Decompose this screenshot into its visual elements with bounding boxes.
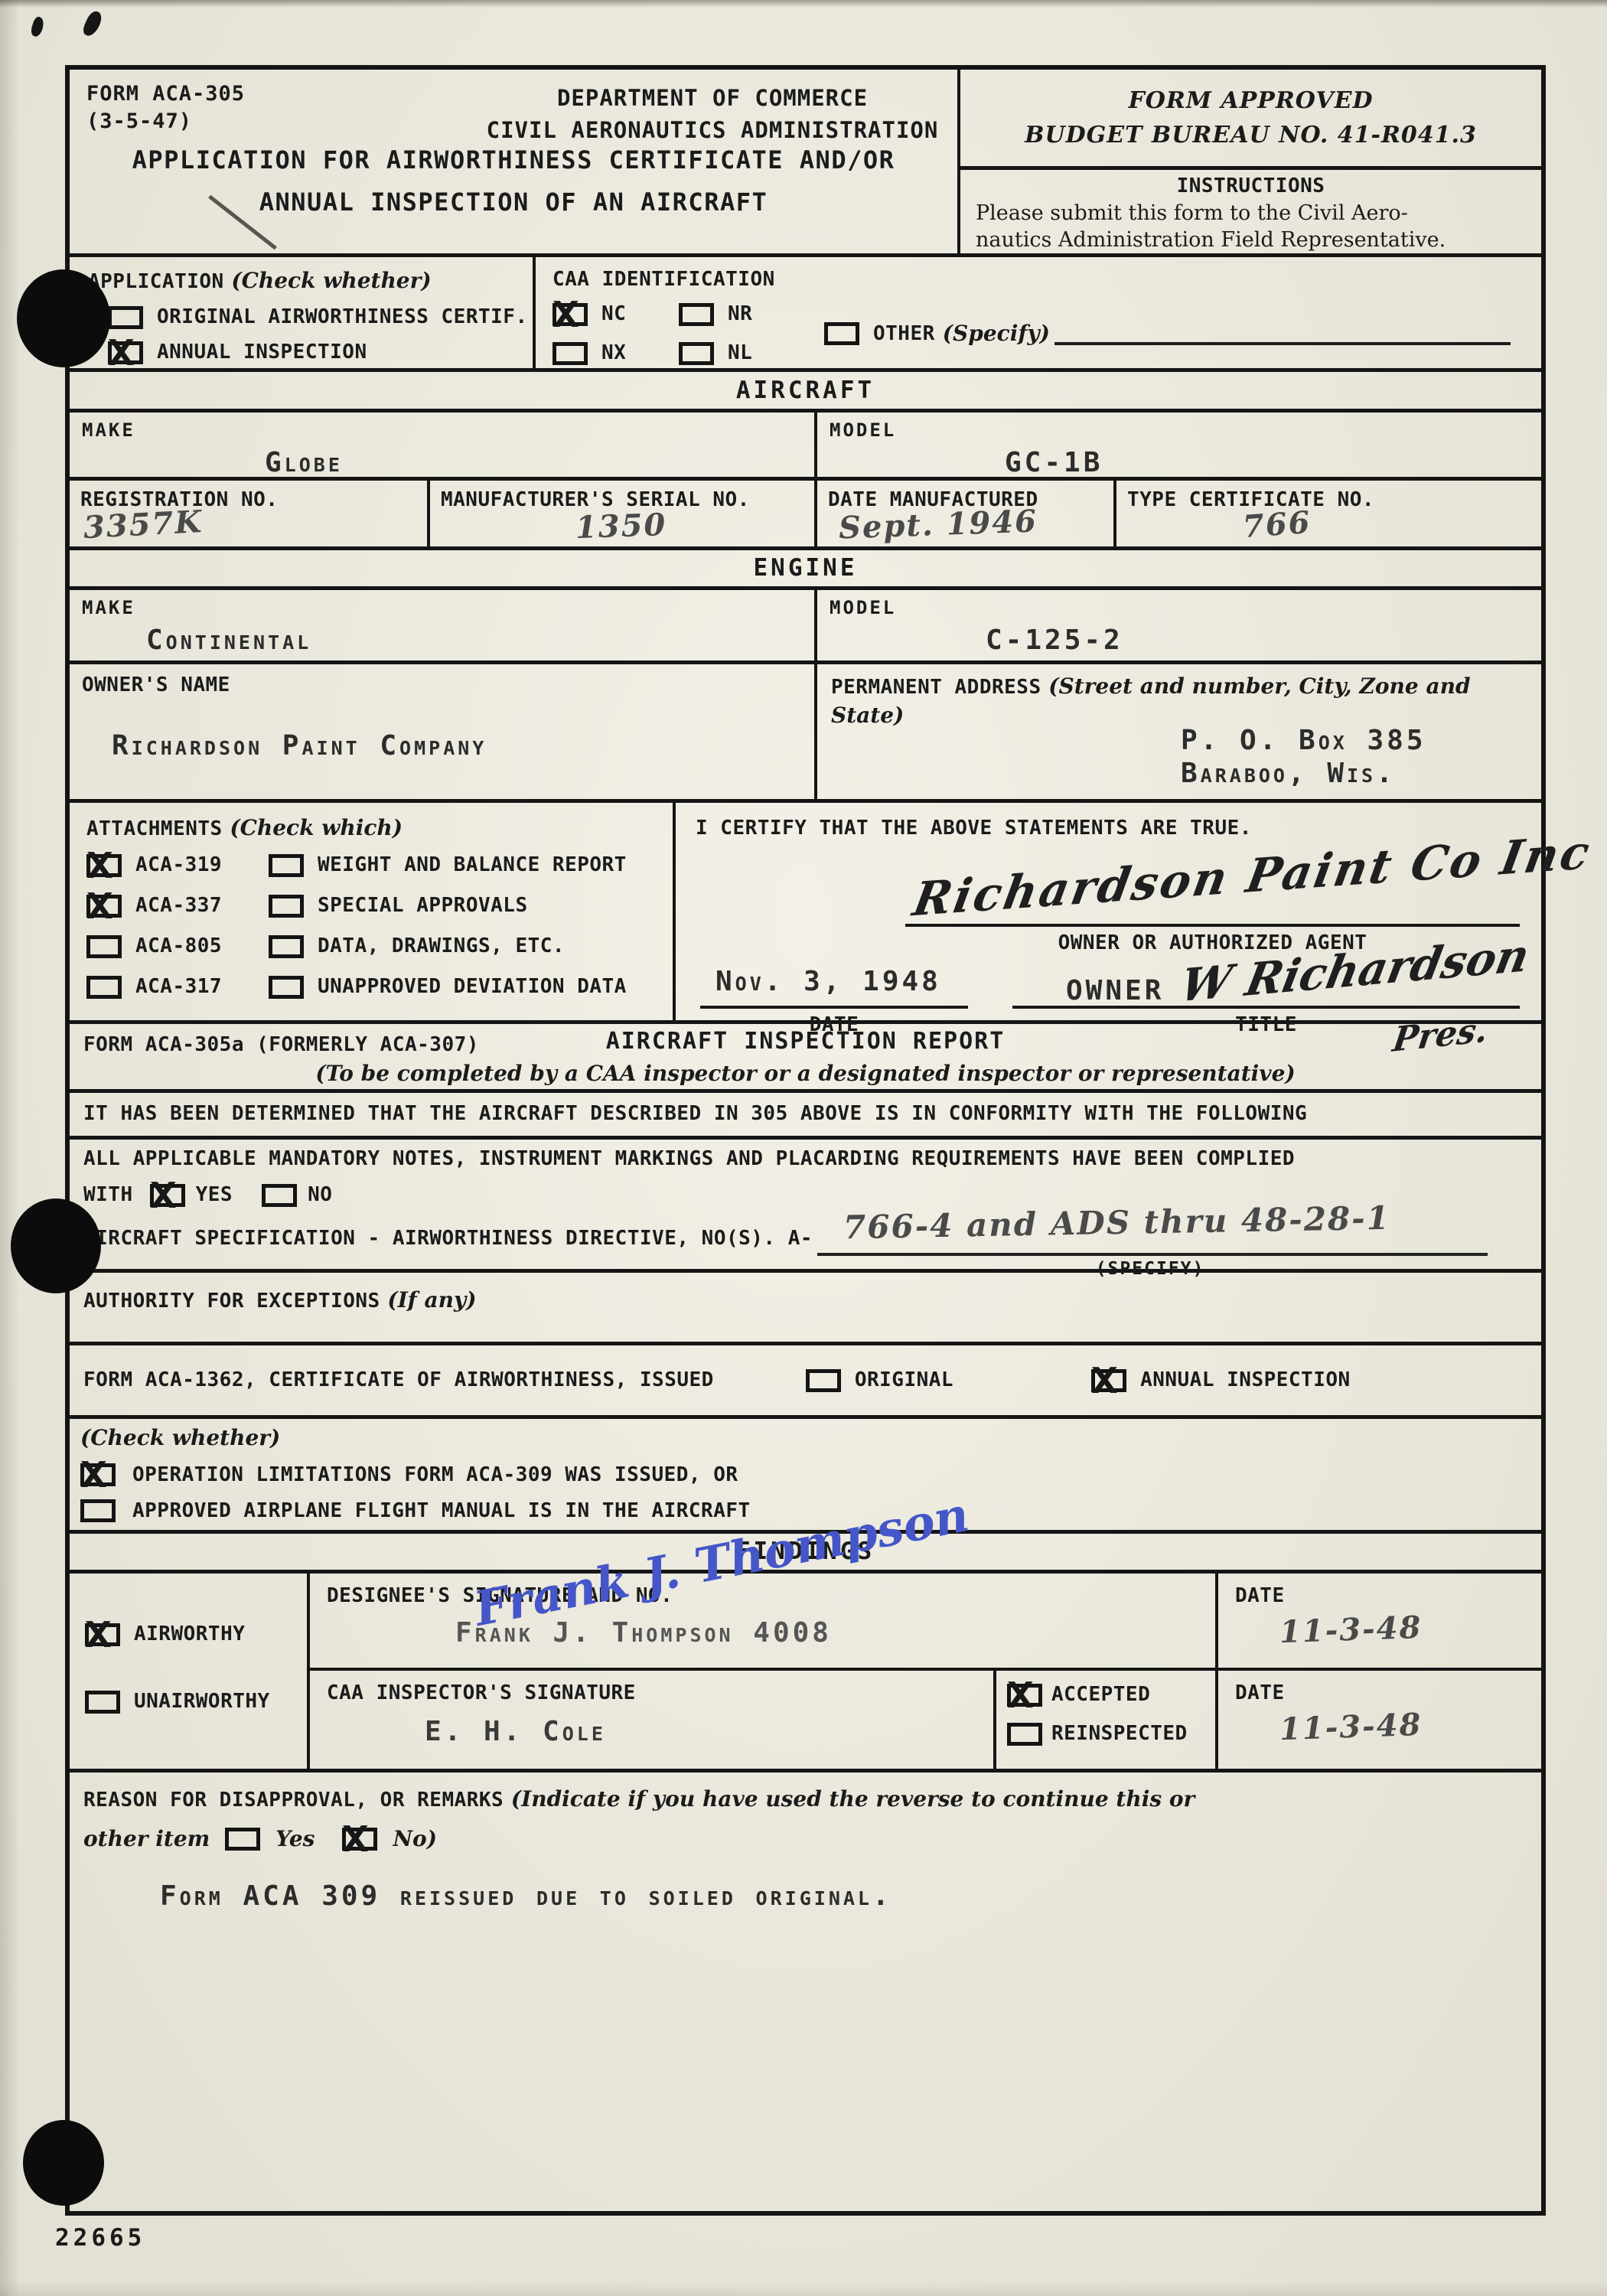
- nl-label: NL: [728, 340, 752, 367]
- authority-label: AUTHORITY FOR EXCEPTIONS: [83, 1290, 380, 1313]
- owner-address-cell: PERMANENT ADDRESS (Street and number, Ci…: [814, 664, 1541, 799]
- remark-value: Form ACA 309 reissued due to soiled orig…: [160, 1880, 892, 1913]
- inspector-row: CAA INSPECTOR'S SIGNATURE E. H. Cole ACC…: [310, 1671, 1541, 1769]
- aca-337-checkbox: [86, 895, 122, 918]
- inspector-signature-label: CAA INSPECTOR'S SIGNATURE: [327, 1680, 636, 1707]
- special-approvals-label: SPECIAL APPROVALS: [318, 892, 528, 919]
- authority-row: AUTHORITY FOR EXCEPTIONS (If any): [70, 1273, 1541, 1345]
- engine-model-cell: MODEL C-125-2: [814, 590, 1541, 660]
- hole-punch-middle: [11, 1199, 101, 1293]
- findings-table: AIRWORTHY UNAIRWORTHY DESIGNEE'S SIGNATU…: [70, 1574, 1541, 1773]
- address-label: PERMANENT ADDRESS: [831, 676, 1041, 699]
- designee-date-value: 11-3-48: [1279, 1611, 1423, 1649]
- with-label: WITH: [83, 1182, 133, 1208]
- airworthy-label: AIRWORTHY: [134, 1621, 245, 1648]
- header-section: FORM ACA-305 (3-5-47) DEPARTMENT OF COMM…: [70, 70, 1541, 257]
- attachments-cell: ATTACHMENTS (Check which) ACA-319 ACA-33…: [70, 803, 673, 1020]
- unairworthy-checkbox: [85, 1691, 120, 1714]
- aircraft-model-label: MODEL: [830, 419, 1541, 442]
- attachments-note: (Check which): [230, 815, 403, 840]
- form-revision-date: (3-5-47): [86, 108, 245, 135]
- option-airworthy: AIRWORTHY: [85, 1621, 245, 1648]
- inspector-date-value: 11-3-48: [1279, 1708, 1423, 1746]
- application-note: (Check whether): [231, 268, 431, 293]
- aircraft-make-cell: MAKE Globe: [70, 413, 814, 477]
- annual-label: ANNUAL INSPECTION: [1140, 1367, 1351, 1394]
- agency-name: DEPARTMENT OF COMMERCE CIVIL AERONAUTICS…: [483, 82, 942, 146]
- inspection-report-subtitle: (To be completed by a CAA inspector or a…: [70, 1059, 1541, 1088]
- option-original-airworthiness: ORIGINAL AIRWORTHINESS CERTIF.: [108, 304, 533, 331]
- hole-punch-bottom: [23, 2120, 104, 2206]
- type-certificate-value: 766: [1242, 506, 1312, 544]
- address-line2: Baraboo, Wis.: [1181, 757, 1426, 790]
- type-certificate-label: TYPE CERTIFICATE NO.: [1127, 487, 1541, 514]
- aca-319-label: ACA-319: [135, 852, 222, 879]
- inspector-date-cell: DATE 11-3-48: [1215, 1671, 1541, 1769]
- caa-identification-label: CAA IDENTIFICATION: [553, 266, 1541, 293]
- owner-title-handwritten: Pres.: [1390, 1013, 1490, 1058]
- owner-typed-title: OWNER: [1066, 974, 1164, 1007]
- instructions-text-line1: Please submit this form to the Civil Aer…: [973, 200, 1529, 227]
- data-drawings-checkbox: [269, 935, 304, 958]
- attachment-item: UNAPPROVED DEVIATION DATA: [269, 974, 673, 1000]
- aircraft-make-value: Globe: [265, 447, 343, 478]
- engine-make-model-row: MAKE Continental MODEL C-125-2: [70, 590, 1541, 664]
- agency-line1: DEPARTMENT OF COMMERCE: [483, 82, 942, 114]
- aca-337-label: ACA-337: [135, 892, 222, 919]
- option-accepted: ACCEPTED: [1007, 1681, 1215, 1708]
- annual-inspection-label: ANNUAL INSPECTION: [157, 339, 367, 366]
- option-nl: NL: [679, 340, 824, 367]
- footer-serial-number: 22665: [55, 2224, 145, 2252]
- budget-bureau-no: BUDGET BUREAU NO. 41-R041.3: [960, 118, 1541, 152]
- owner-name-label: OWNER'S NAME: [82, 672, 814, 699]
- certify-statement: I CERTIFY THAT THE ABOVE STATEMENTS ARE …: [696, 815, 1252, 842]
- engine-make-label: MAKE: [82, 596, 814, 620]
- owner-row: OWNER'S NAME Richardson Paint Company PE…: [70, 664, 1541, 803]
- attachment-item: SPECIAL APPROVALS: [269, 892, 673, 919]
- check-whether-note: (Check whether): [80, 1424, 1541, 1453]
- attachment-item: ACA-337: [86, 892, 269, 919]
- registration-cell: REGISTRATION NO. 3357K: [70, 481, 427, 546]
- application-cell: APPLICATION (Check whether) ORIGINAL AIR…: [70, 257, 533, 368]
- original-airworthiness-label: ORIGINAL AIRWORTHINESS CERTIF.: [157, 304, 528, 331]
- form-aca-305: FORM ACA-305 (3-5-47) DEPARTMENT OF COMM…: [65, 65, 1546, 2216]
- title-line1: APPLICATION FOR AIRWORTHINESS CERTIFICAT…: [70, 139, 957, 181]
- other-label: OTHER: [873, 321, 935, 347]
- option-reinspected: REINSPECTED: [1007, 1720, 1215, 1747]
- reinspected-checkbox: [1007, 1723, 1042, 1746]
- serial-value: 1350: [575, 508, 667, 545]
- option-annual: ANNUAL INSPECTION: [1091, 1367, 1351, 1394]
- remarks-label: REASON FOR DISAPPROVAL, OR REMARKS: [83, 1789, 504, 1812]
- type-certificate-cell: TYPE CERTIFICATE NO. 766: [1113, 481, 1541, 546]
- determination-row: IT HAS BEEN DETERMINED THAT THE AIRCRAFT…: [70, 1093, 1541, 1140]
- aca-317-label: ACA-317: [135, 974, 222, 1000]
- application-section: APPLICATION (Check whether) ORIGINAL AIR…: [70, 257, 1541, 372]
- page-title: APPLICATION FOR AIRWORTHINESS CERTIFICAT…: [70, 139, 957, 223]
- original-airworthiness-checkbox: [108, 306, 143, 329]
- other-checkbox: [824, 322, 859, 345]
- yes-label: YES: [196, 1182, 233, 1208]
- accepted-cell: ACCEPTED REINSPECTED: [993, 1671, 1215, 1769]
- engine-make-value: Continental: [146, 625, 311, 656]
- inspector-typed-name: E. H. Cole: [425, 1715, 606, 1748]
- engine-model-value: C-125-2: [986, 625, 1123, 656]
- inspection-report-title: AIRCRAFT INSPECTION REPORT: [70, 1030, 1541, 1053]
- attachment-item: DATA, DRAWINGS, ETC.: [269, 933, 673, 960]
- option-other: OTHER (Specify): [824, 301, 1541, 367]
- aircraft-section-title: AIRCRAFT: [70, 379, 1541, 403]
- attachments-certification-row: ATTACHMENTS (Check which) ACA-319 ACA-33…: [70, 803, 1541, 1024]
- date-underline: [700, 1006, 968, 1009]
- owner-name-value: Richardson Paint Company: [112, 729, 487, 762]
- option-annual-inspection: ANNUAL INSPECTION: [108, 339, 533, 366]
- engine-make-cell: MAKE Continental: [70, 590, 814, 660]
- compliance-text: ALL APPLICABLE MANDATORY NOTES, INSTRUME…: [83, 1146, 1541, 1172]
- form-approved-line1: FORM APPROVED: [960, 83, 1541, 118]
- accepted-checkbox: [1007, 1684, 1042, 1707]
- aca-317-checkbox: [86, 976, 122, 999]
- weight-balance-label: WEIGHT AND BALANCE REPORT: [318, 852, 627, 879]
- instructions-text-line2: nautics Administration Field Representat…: [973, 227, 1529, 253]
- designee-date-cell: DATE 11-3-48: [1215, 1574, 1541, 1668]
- inspection-report-header: FORM ACA-305a (FORMERLY ACA-307) AIRCRAF…: [70, 1024, 1541, 1093]
- data-drawings-label: DATA, DRAWINGS, ETC.: [318, 933, 565, 960]
- aircraft-section-bar: AIRCRAFT: [70, 372, 1541, 413]
- yes-checkbox: [150, 1184, 185, 1207]
- designee-row: DESIGNEE'S SIGNATURE AND NO. Frank J. Th…: [310, 1574, 1541, 1671]
- spec-value: 766-4 and ADS thru 48-28-1: [843, 1201, 1391, 1246]
- attachment-item: ACA-317: [86, 974, 269, 1000]
- aircraft-model-cell: MODEL GC-1B: [814, 413, 1541, 477]
- spec-underline: [817, 1253, 1488, 1256]
- form-approved-box: FORM APPROVED BUDGET BUREAU NO. 41-R041.…: [960, 70, 1541, 170]
- flight-manual-checkbox: [80, 1499, 116, 1522]
- unairworthy-label: UNAIRWORTHY: [134, 1688, 270, 1715]
- scan-mark: [29, 15, 45, 38]
- remarks-no-checkbox: [342, 1828, 377, 1851]
- special-approvals-checkbox: [269, 895, 304, 918]
- scan-mark: [81, 9, 104, 38]
- option-nc: NC: [553, 301, 679, 328]
- nl-checkbox: [679, 342, 714, 365]
- authority-note: (If any): [387, 1287, 476, 1313]
- remarks-no-label: No): [393, 1825, 437, 1854]
- remarks-section: REASON FOR DISAPPROVAL, OR REMARKS (Indi…: [70, 1773, 1541, 2211]
- remarks-yes-label: Yes: [275, 1825, 315, 1854]
- original-checkbox: [806, 1369, 841, 1392]
- designee-date-label: DATE: [1235, 1583, 1285, 1609]
- unapproved-deviation-checkbox: [269, 976, 304, 999]
- owner-name-cell: OWNER'S NAME Richardson Paint Company: [70, 664, 814, 799]
- attachment-item: ACA-319: [86, 852, 269, 879]
- findings-status-cell: AIRWORTHY UNAIRWORTHY: [70, 1574, 307, 1769]
- engine-model-label: MODEL: [830, 596, 1541, 620]
- nx-checkbox: [553, 342, 588, 365]
- compliance-row: ALL APPLICABLE MANDATORY NOTES, INSTRUME…: [70, 1140, 1541, 1273]
- aircraft-make-model-row: MAKE Globe MODEL GC-1B: [70, 413, 1541, 481]
- address-line1: P. O. Box 385: [1181, 724, 1426, 757]
- nx-label: NX: [601, 340, 626, 367]
- certification-cell: I CERTIFY THAT THE ABOVE STATEMENTS ARE …: [673, 803, 1541, 1020]
- annual-checkbox: [1091, 1369, 1126, 1392]
- engine-section-bar: ENGINE: [70, 550, 1541, 590]
- designee-signature-cell: DESIGNEE'S SIGNATURE AND NO. Frank J. Th…: [310, 1574, 1215, 1668]
- header-right-cell: FORM APPROVED BUDGET BUREAU NO. 41-R041.…: [957, 70, 1541, 253]
- attachment-item: WEIGHT AND BALANCE REPORT: [269, 852, 673, 879]
- certification-date-value: Nov. 3, 1948: [715, 965, 941, 998]
- option-nr: NR: [679, 301, 824, 328]
- other-note: (Specify): [943, 319, 1050, 348]
- aircraft-specification-line: AIRCRAFT SPECIFICATION - AIRWORTHINESS D…: [83, 1225, 1541, 1271]
- form-number: FORM ACA-305: [86, 80, 245, 108]
- date-manufactured-value: Sept. 1946: [838, 504, 1038, 545]
- flight-manual-label: APPROVED AIRPLANE FLIGHT MANUAL IS IN TH…: [132, 1498, 751, 1525]
- hole-punch-top: [17, 269, 110, 367]
- instructions-title: INSTRUCTIONS: [973, 173, 1529, 200]
- weight-balance-checkbox: [269, 854, 304, 877]
- nr-label: NR: [728, 301, 752, 328]
- inspector-signature-cell: CAA INSPECTOR'S SIGNATURE E. H. Cole: [310, 1671, 993, 1769]
- nc-checkbox: [553, 303, 588, 326]
- engine-section-title: ENGINE: [70, 556, 1541, 580]
- original-label: ORIGINAL: [855, 1367, 953, 1394]
- determination-text: IT HAS BEEN DETERMINED THAT THE AIRCRAFT…: [83, 1101, 1307, 1127]
- registration-value: 3357K: [83, 505, 204, 545]
- aircraft-registration-row: REGISTRATION NO. 3357K MANUFACTURER'S SE…: [70, 481, 1541, 550]
- spec-label: AIRCRAFT SPECIFICATION - AIRWORTHINESS D…: [83, 1225, 813, 1252]
- serial-cell: MANUFACTURER'S SERIAL NO. 1350: [427, 481, 814, 546]
- attachments-label: ATTACHMENTS: [86, 817, 223, 840]
- signature-underline: [905, 924, 1520, 927]
- operation-limitations-label: OPERATION LIMITATIONS FORM ACA-309 WAS I…: [132, 1462, 738, 1489]
- aca-805-checkbox: [86, 935, 122, 958]
- aircraft-model-value: GC-1B: [1005, 447, 1103, 478]
- remarks-note-line1: (Indicate if you have used the reverse t…: [511, 1786, 1195, 1812]
- aircraft-make-label: MAKE: [82, 419, 814, 442]
- application-label: APPLICATION: [88, 270, 224, 293]
- aca-1362-label: FORM ACA-1362, CERTIFICATE OF AIRWORTHIN…: [83, 1367, 714, 1394]
- date-manufactured-cell: DATE MANUFACTURED Sept. 1946: [814, 481, 1113, 546]
- no-label: NO: [308, 1182, 332, 1208]
- unapproved-deviation-label: UNAPPROVED DEVIATION DATA: [318, 974, 627, 1000]
- other-fill-line: [1054, 322, 1511, 345]
- remarks-note-line2: other item: [83, 1825, 210, 1854]
- option-unairworthy: UNAIRWORTHY: [85, 1688, 270, 1715]
- accepted-label: ACCEPTED: [1051, 1681, 1150, 1708]
- nr-checkbox: [679, 303, 714, 326]
- option-nx: NX: [553, 340, 679, 367]
- option-operation-limitations: OPERATION LIMITATIONS FORM ACA-309 WAS I…: [80, 1462, 1541, 1489]
- company-signature: Richardson Paint Co Inc: [910, 830, 1595, 924]
- scanned-form-page: FORM ACA-305 (3-5-47) DEPARTMENT OF COMM…: [0, 0, 1607, 2296]
- annual-inspection-checkbox: [108, 341, 143, 364]
- header-left-cell: FORM ACA-305 (3-5-47) DEPARTMENT OF COMM…: [70, 70, 957, 253]
- aca-805-label: ACA-805: [135, 933, 222, 960]
- title-underline: [1012, 1006, 1520, 1009]
- caa-identification-cell: CAA IDENTIFICATION NC NX: [533, 257, 1541, 368]
- remarks-yes-checkbox: [225, 1828, 260, 1851]
- operation-limitations-checkbox: [80, 1463, 116, 1486]
- inspector-date-label: DATE: [1235, 1680, 1285, 1707]
- instructions-box: INSTRUCTIONS Please submit this form to …: [960, 170, 1541, 253]
- reinspected-label: REINSPECTED: [1051, 1720, 1188, 1747]
- form-number-block: FORM ACA-305 (3-5-47): [86, 80, 245, 136]
- aca-1362-row: FORM ACA-1362, CERTIFICATE OF AIRWORTHIN…: [70, 1345, 1541, 1419]
- nc-label: NC: [601, 301, 626, 328]
- no-checkbox: [262, 1184, 297, 1207]
- airworthy-checkbox: [85, 1623, 120, 1646]
- aca-319-checkbox: [86, 854, 122, 877]
- title-line2: ANNUAL INSPECTION OF AN AIRCRAFT: [70, 181, 957, 223]
- option-original: ORIGINAL: [806, 1367, 953, 1394]
- attachment-item: ACA-805: [86, 933, 269, 960]
